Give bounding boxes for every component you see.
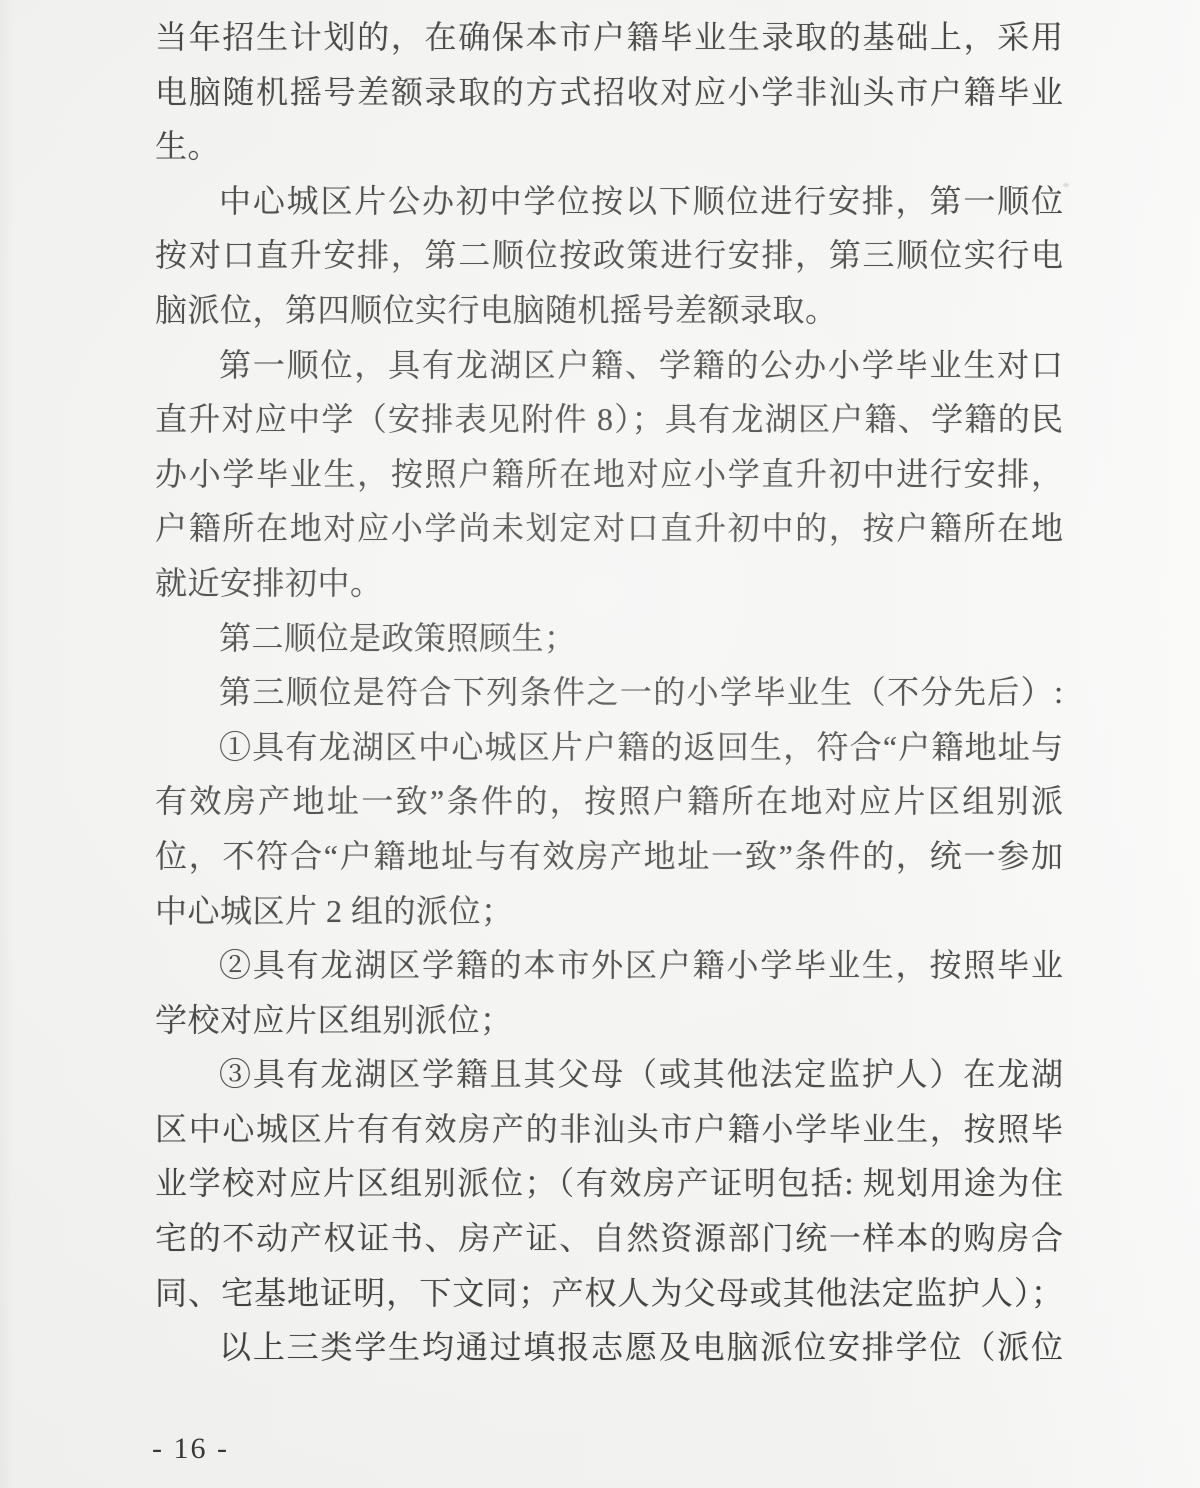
text-line: 位，不符合“户籍地址与有效房产地址一致”条件的，统一参加 <box>155 829 1063 884</box>
text-line: ③具有龙湖区学籍且其父母（或其他法定监护人）在龙湖 <box>155 1047 1063 1102</box>
text-line: 有效房产地址一致”条件的，按照户籍所在地对应片区组别派 <box>155 774 1063 829</box>
text-line: 区中心城区片有有效房产的非汕头市户籍小学毕业生，按照毕 <box>155 1102 1063 1157</box>
text-line: 当年招生计划的，在确保本市户籍毕业生录取的基础上，采用 <box>155 10 1063 65</box>
document-body: 当年招生计划的，在确保本市户籍毕业生录取的基础上，采用 电脑随机摇号差额录取的方… <box>155 10 1063 1375</box>
text-line: 学校对应片区组别派位； <box>155 993 1063 1048</box>
text-line: 第二顺位是政策照顾生； <box>155 611 1063 666</box>
text-line: ②具有龙湖区学籍的本市外区户籍小学毕业生，按照毕业 <box>155 938 1063 993</box>
text-line: 宅的不动产权证书、房产证、自然资源部门统一样本的购房合 <box>155 1211 1063 1266</box>
text-line: 中心城区片公办初中学位按以下顺位进行安排，第一顺位 <box>155 174 1063 229</box>
page-number: - 16 - <box>152 1432 229 1466</box>
text-line: 户籍所在地对应小学尚未划定对口直升初中的，按户籍所在地 <box>155 501 1063 556</box>
text-line: 业学校对应片区组别派位；（有效房产证明包括: 规划用途为住 <box>155 1156 1063 1211</box>
text-line: 以上三类学生均通过填报志愿及电脑派位安排学位（派位 <box>155 1320 1063 1375</box>
text-line: 第三顺位是符合下列条件之一的小学毕业生（不分先后）: <box>155 665 1063 720</box>
text-line: 就近安排初中。 <box>155 556 1063 611</box>
text-line: 生。 <box>155 119 1063 174</box>
text-line: 同、宅基地证明，下文同；产权人为父母或其他法定监护人）； <box>155 1266 1063 1321</box>
scan-speck <box>1063 183 1069 187</box>
text-line: ①具有龙湖区中心城区片户籍的返回生，符合“户籍地址与 <box>155 720 1063 775</box>
text-line: 电脑随机摇号差额录取的方式招收对应小学非汕头市户籍毕业 <box>155 65 1063 120</box>
text-line: 中心城区片 2 组的派位； <box>155 884 1063 939</box>
document-page: 当年招生计划的，在确保本市户籍毕业生录取的基础上，采用 电脑随机摇号差额录取的方… <box>0 0 1200 1488</box>
text-line: 脑派位，第四顺位实行电脑随机摇号差额录取。 <box>155 283 1063 338</box>
text-line: 直升对应中学（安排表见附件 8）；具有龙湖区户籍、学籍的民 <box>155 392 1063 447</box>
text-line: 按对口直升安排，第二顺位按政策进行安排，第三顺位实行电 <box>155 228 1063 283</box>
text-line: 第一顺位，具有龙湖区户籍、学籍的公办小学毕业生对口 <box>155 338 1063 393</box>
text-line: 办小学毕业生，按照户籍所在地对应小学直升初中进行安排， <box>155 447 1063 502</box>
